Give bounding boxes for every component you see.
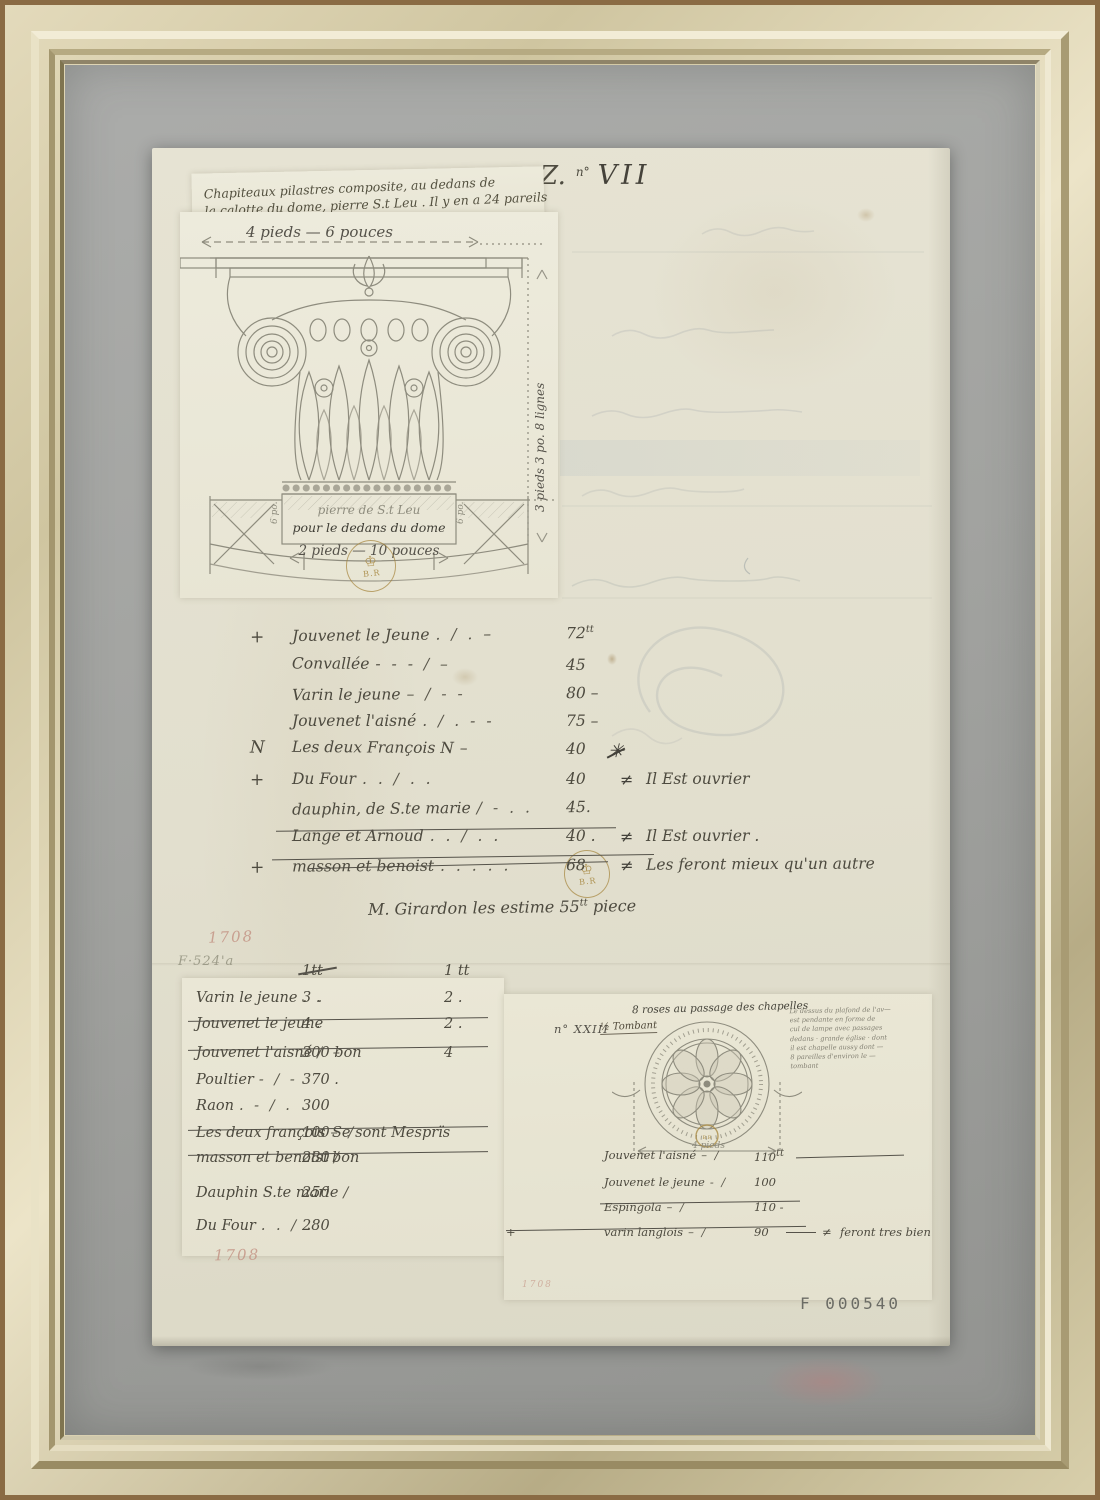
rosette-estimates-list: Jouvenet l'aisné– ∕ 110tt Jouvenet le je…: [504, 994, 932, 1300]
row-prefix: +: [250, 627, 264, 647]
plate-roman-numeral: VII: [598, 160, 651, 191]
row-note: Il Est ouvrier .: [646, 827, 759, 845]
row-name: Raon: [196, 1098, 234, 1114]
mat-smudge-left: [185, 1354, 335, 1380]
row-note: Les feront mieux qu'un autre: [646, 854, 875, 873]
row-lead: . ∕ . –: [435, 625, 494, 644]
row-value: 72: [566, 624, 586, 642]
row-value: 110 -: [754, 1200, 784, 1214]
row-name: dauphin, de S.te marie: [292, 799, 471, 819]
row-name: Espingola: [604, 1200, 662, 1214]
plate-number-sign: n°: [576, 165, 590, 179]
chalk-date: 1708: [208, 927, 255, 947]
row-value: 45: [566, 656, 586, 674]
estimate-row: + masson et benoist. . . . . 68 ≠ Les fe…: [248, 854, 928, 858]
margin-mark: ≠: [620, 770, 633, 789]
blue-wash-mark: [560, 440, 920, 476]
row-lead: . . . . .: [440, 856, 511, 874]
estimate-row: Convallée- - - ∕ – 45: [248, 654, 928, 658]
price-tally-list: 1tt 1 tt Varin le jeune. . 3 . 2 . Jouve…: [182, 960, 512, 1260]
row-lead: – ∕: [688, 1225, 707, 1239]
margin-mark: ≠: [620, 856, 634, 875]
row-col1: 3 .: [302, 990, 320, 1006]
row-col2: 2 .: [444, 990, 462, 1006]
row-name: Jouvenet l'aisné: [196, 1045, 312, 1061]
appraisal-text-2: piece: [588, 896, 637, 916]
row-lead: – ∕: [667, 1200, 686, 1214]
row-lead: ∕ - . .: [477, 798, 533, 816]
row-prefix: +: [250, 858, 264, 878]
strike-tail: [796, 1155, 904, 1159]
row-lead: – ∕ - -: [406, 685, 465, 703]
row-name: Du Four: [292, 770, 356, 788]
row-col1: 280: [302, 1150, 330, 1166]
chalk-date-small: 1708: [522, 1280, 553, 1290]
row-col1: 250: [302, 1185, 330, 1201]
row-value: 100: [754, 1175, 776, 1189]
stone-label-2: pour le dedans du dome: [293, 520, 446, 535]
row-value: 40 .: [566, 827, 596, 845]
appraisal-unit: tt: [580, 897, 588, 908]
row-name: Varin le jeune: [292, 685, 401, 704]
row-note: Il Est ouvrier: [646, 770, 749, 788]
row-lead: . . ∕ . .: [430, 827, 502, 845]
row-unit: tt: [586, 624, 594, 635]
sculptor-estimates-list: + Jouvenet le Jeune. ∕ . – 72tt Convallé…: [248, 610, 928, 930]
stamp-letters: B.R: [363, 569, 381, 579]
row-value: 75 –: [566, 712, 598, 730]
row-lead: ∕: [343, 1185, 351, 1201]
girardon-appraisal-note: M. Girardon les estime 55tt piece: [368, 896, 636, 919]
side-dim-right: 6 po.: [456, 501, 466, 524]
row-lead: . - ∕ .: [239, 1098, 293, 1114]
row-col2: 2 .: [444, 1016, 462, 1032]
row-unit: tt: [776, 1148, 784, 1159]
row-col1: 370 .: [302, 1072, 339, 1088]
row-col1: 100: [302, 1125, 330, 1141]
row-name: Lange et Arnoud: [292, 827, 424, 845]
row-name: masson et benoist: [292, 857, 434, 876]
estimate-row: + Jouvenet le Jeune. ∕ . – 72tt: [248, 620, 928, 627]
row-lead: - - - ∕ –: [375, 655, 450, 673]
row-lead: –: [460, 739, 471, 757]
row-lead: . . ∕ . .: [362, 770, 434, 788]
crown-icon: ♔: [364, 554, 378, 569]
row-col1: 280: [302, 1218, 330, 1234]
row-value: 68: [566, 856, 586, 874]
row-name: Jouvenet l'aisné: [292, 712, 416, 730]
row-prefix: N: [250, 738, 265, 758]
estimate-row: Varin le jeune– ∕ - - 80 –: [248, 682, 928, 687]
row-lead: - ∕ -: [259, 1072, 298, 1088]
row-name: Jouvenet le Jeune: [292, 626, 430, 645]
row-name: Du Four: [196, 1218, 256, 1234]
dim-right-label: 3 pieds 3 po. 8 lignes: [533, 383, 547, 512]
crossed-star-mark: ✳: [608, 740, 624, 762]
row-lead: – ∕: [701, 1148, 720, 1162]
row-lead: - ∕: [710, 1175, 727, 1189]
row-name: Jouvenet l'aisné: [604, 1148, 696, 1162]
row-col2: 4: [444, 1045, 453, 1061]
row-col1: 300: [302, 1098, 330, 1114]
row-note: Se sont Mesprïs: [332, 1125, 450, 1141]
estimate-row: dauphin, de S.te marie∕ - . . 45.: [248, 795, 928, 801]
row-value: 45.: [566, 798, 591, 816]
dim-top-label: 4 pieds — 6 pouces: [245, 223, 393, 241]
mat-smudge: [765, 1357, 885, 1407]
row-name: Jouvenet le jeune: [604, 1175, 705, 1189]
manuscript-sheet: Z.n°VII Chapiteaux pilastres composite, …: [152, 148, 950, 1346]
row-name: varin langlois: [604, 1225, 683, 1239]
chalk-date: 1708: [214, 1246, 260, 1265]
row-value: 90: [754, 1225, 769, 1239]
row-prefix: +: [506, 1225, 516, 1239]
row-value: 40: [566, 740, 586, 758]
header-col2: 1 tt: [444, 963, 470, 979]
row-note: bon: [332, 1150, 359, 1166]
row-note: feront tres bien: [840, 1225, 931, 1239]
margin-mark: ≠: [822, 1225, 832, 1239]
row-col1: 4 .: [302, 1016, 320, 1032]
row-name: Convallée: [292, 654, 370, 672]
margin-mark: ≠: [620, 827, 633, 846]
row-name: Poultier: [196, 1072, 254, 1088]
rosette-sheet: n° XXIII 8 roses au passage des chapelle…: [504, 994, 932, 1300]
row-value: 40: [566, 770, 586, 788]
side-dim-left: 6 po.: [270, 501, 280, 524]
row-prefix: +: [250, 770, 264, 790]
dash-line: [786, 1232, 816, 1233]
row-col1: 300 bon: [302, 1045, 362, 1061]
stone-label-1: pierre de S.t Leu: [318, 503, 421, 517]
row-name: Varin le jeune: [196, 990, 297, 1006]
appraisal-text: M. Girardon les estime 55: [368, 897, 580, 919]
estimate-row: N Les deux François N– 40 ✳: [248, 738, 928, 743]
row-lead: . ∕ . - -: [422, 712, 494, 730]
row-value: 110: [754, 1150, 776, 1164]
row-name: Les deux François N: [292, 738, 454, 757]
header-col1: 1tt: [302, 963, 323, 979]
collection-number-stamp: F 000540: [800, 1294, 901, 1313]
row-value: 80 –: [566, 684, 599, 702]
